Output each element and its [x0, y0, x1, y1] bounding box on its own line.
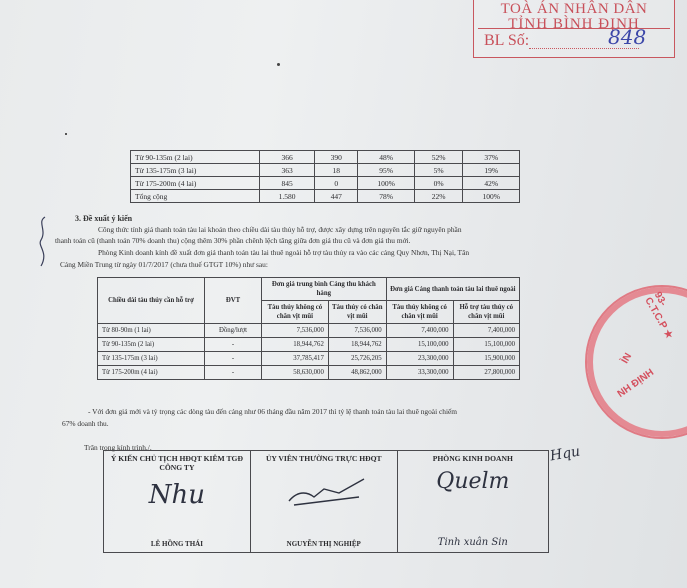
unit-cell: -	[205, 352, 262, 366]
cell-value: 363	[260, 164, 315, 177]
table-row: Từ 90-135m (2 lai)-18,944,76218,944,7621…	[98, 338, 520, 352]
signer-name: NGUYỄN THỊ NGHIỆP	[251, 540, 397, 548]
row-label: Từ 90-135m (2 lai)	[98, 338, 205, 352]
section-heading: 3. Đề xuất ý kiến	[75, 214, 132, 224]
table-row: Từ 175-200m (4 lai)8450100%0%42%	[131, 177, 520, 190]
bl-number-handwritten: 848	[608, 25, 646, 49]
price-cell: 15,100,000	[453, 338, 519, 352]
cell-value: 22%	[414, 190, 463, 203]
header-group-customer-price: Đơn giá trung bình Cảng thu khách hàng	[262, 278, 387, 301]
table-row: Từ 135-175m (3 lai)3631895%5%19%	[131, 164, 520, 177]
header-g2-no-bow-thruster: Tàu thủy không có chân vịt mũi	[386, 301, 453, 324]
row-label: Từ 135-175m (3 lai)	[131, 164, 260, 177]
price-cell: 7,536,000	[328, 324, 386, 338]
cell-value: 78%	[358, 190, 415, 203]
signature-block-standing-member: ỦY VIÊN THƯỜNG TRỰC HĐQT NGUYỄN THỊ NGHI…	[250, 451, 397, 553]
paragraph-2-line-1: Phòng Kinh doanh kính đề xuất đơn giá th…	[98, 248, 469, 258]
price-cell: 48,862,000	[328, 366, 386, 380]
court-stamp: TOÀ ÁN NHÂN DÂN TỈNH BÌNH ĐỊNH BL Số: 84…	[473, 0, 675, 58]
header-group-tug-payment: Đơn giá Cảng thanh toán tàu lai thuê ngo…	[386, 278, 519, 301]
row-label: Tổng cộng	[131, 190, 260, 203]
table-row: Từ 175-200m (4 lai)-58,630,00048,862,000…	[98, 366, 520, 380]
table-row: Từ 90-135m (2 lai)36639048%52%37%	[131, 151, 520, 164]
unit-cell: -	[205, 338, 262, 352]
price-cell: 18,944,762	[328, 338, 386, 352]
cell-value: 5%	[414, 164, 463, 177]
price-cell: 7,400,000	[386, 324, 453, 338]
price-cell: 18,944,762	[262, 338, 329, 352]
header-unit: ĐVT	[205, 278, 262, 324]
cell-value: 19%	[463, 164, 520, 177]
cell-value: 366	[260, 151, 315, 164]
table-row: Tổng cộng1.58044778%22%100%	[131, 190, 520, 203]
cell-value: 18	[315, 164, 358, 177]
unit-cell: Đồng/lượt	[205, 324, 262, 338]
row-label: Từ 80-90m (1 lai)	[98, 324, 205, 338]
table-row: Từ 80-90m (1 lai)Đồng/lượt7,536,0007,536…	[98, 324, 520, 338]
signature-table: Ý KIẾN CHỦ TỊCH HĐQT KIÊM TGĐ CÔNG TY Nh…	[103, 450, 549, 553]
signature-title: Ý KIẾN CHỦ TỊCH HĐQT KIÊM TGĐ CÔNG TY	[107, 454, 247, 472]
price-cell: 27,800,000	[453, 366, 519, 380]
note-line-1: - Với đơn giá mới và tỷ trọng các dòng t…	[88, 407, 457, 417]
paragraph-2-line-2: Cảng Miền Trung từ ngày 01/7/2017 (chưa …	[60, 260, 268, 270]
cell-value: 37%	[463, 151, 520, 164]
price-cell: 58,630,000	[262, 366, 329, 380]
handwritten-bracket-mark	[35, 216, 51, 268]
note-line-2: 67% doanh thu.	[62, 419, 109, 429]
ratio-table: Từ 90-135m (2 lai)36639048%52%37%Từ 135-…	[130, 150, 520, 203]
header-g1-bow-thruster: Tàu thủy có chân vịt mũi	[328, 301, 386, 324]
signature-title: ỦY VIÊN THƯỜNG TRỰC HĐQT	[254, 454, 394, 463]
cell-value: 390	[315, 151, 358, 164]
ink-speck	[65, 133, 67, 135]
cell-value: 100%	[358, 177, 415, 190]
cell-value: 42%	[463, 177, 520, 190]
cell-value: 100%	[463, 190, 520, 203]
signature-scribble	[279, 471, 369, 511]
row-label: Từ 135-175m (3 lai)	[98, 352, 205, 366]
cell-value: 0%	[414, 177, 463, 190]
unit-cell: -	[205, 366, 262, 380]
price-cell: 37,785,417	[262, 352, 329, 366]
header-g2-bow-thruster: Hỗ trợ tàu thủy có chân vịt mũi	[453, 301, 519, 324]
signature-title: PHÒNG KINH DOANH	[401, 454, 545, 463]
price-cell: 33,300,000	[386, 366, 453, 380]
price-cell: 15,900,000	[453, 352, 519, 366]
cell-value: 845	[260, 177, 315, 190]
row-label: Từ 175-200m (4 lai)	[98, 366, 205, 380]
signature-block-chairman: Ý KIẾN CHỦ TỊCH HĐQT KIÊM TGĐ CÔNG TY Nh…	[104, 451, 251, 553]
price-cell: 15,100,000	[386, 338, 453, 352]
cell-value: 48%	[358, 151, 415, 164]
cell-value: 95%	[358, 164, 415, 177]
signature-handwritten: Quelm	[401, 469, 545, 494]
bl-label: BL Số:	[484, 32, 529, 49]
table-row: Từ 135-175m (3 lai)-37,785,41725,726,205…	[98, 352, 520, 366]
cell-value: 52%	[414, 151, 463, 164]
signature-block-business-dept: PHÒNG KINH DOANH Quelm Tinh xuân Sin	[397, 451, 548, 553]
signer-name: LÊ HỒNG THÁI	[104, 540, 250, 548]
paragraph-1-line-2: thanh toán cũ (thanh toán 70% doanh thu)…	[55, 236, 410, 246]
cell-value: 447	[315, 190, 358, 203]
price-cell: 7,536,000	[262, 324, 329, 338]
price-table: Chiều dài tàu thủy cần hỗ trợ ĐVT Đơn gi…	[97, 277, 520, 380]
row-label: Từ 90-135m (2 lai)	[131, 151, 260, 164]
ink-speck	[277, 63, 280, 66]
header-length: Chiều dài tàu thủy cần hỗ trợ	[98, 278, 205, 324]
paragraph-1-line-1: Công thức tính giá thanh toán tàu lai kh…	[98, 225, 462, 235]
signature-handwritten: Nhu	[107, 480, 247, 510]
cell-value: 0	[315, 177, 358, 190]
row-label: Từ 175-200m (4 lai)	[131, 177, 260, 190]
price-cell: 25,726,205	[328, 352, 386, 366]
price-cell: 23,300,000	[386, 352, 453, 366]
bl-number-field: BL Số: 848	[478, 28, 670, 53]
price-cell: 7,400,000	[453, 324, 519, 338]
header-g1-no-bow-thruster: Tàu thủy không có chân vịt mũi	[262, 301, 329, 324]
signer-name: Tinh xuân Sin	[398, 537, 548, 548]
initial-mark: Hqu	[549, 444, 582, 465]
court-stamp-line1: TOÀ ÁN NHÂN DÂN	[474, 2, 674, 17]
cell-value: 1.580	[260, 190, 315, 203]
